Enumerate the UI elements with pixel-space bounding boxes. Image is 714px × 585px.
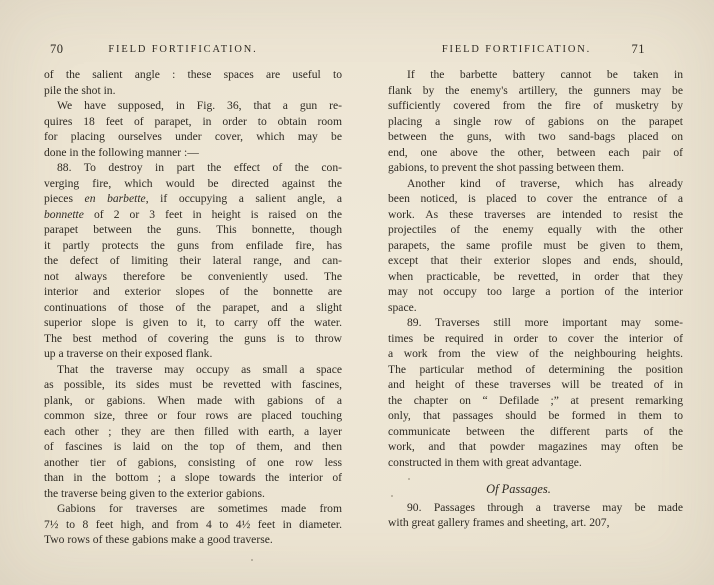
scan-speck [391,495,393,497]
text-line: plank, or gabions. When made with gabion… [44,393,342,409]
text-line: common size, three or four rows are plac… [44,408,342,424]
text-line: work, and that powder magazines may ofte… [388,439,683,455]
text-line: superior slope is given to it, to carry … [44,315,342,331]
running-title: FIELD FORTIFICATION. [108,44,257,55]
text-line: verging fire, which would be directed ag… [44,176,342,192]
text-line: continuations of those of the parapet, a… [44,300,342,316]
text-line: parapet between the guns. This bonnette,… [44,222,342,238]
text-line: not always therefore be conveniently use… [44,269,342,285]
text-line: for placing ourselves under cover, which… [44,129,342,145]
text-line: the chapter on “ Defilade ;” at present … [388,393,683,409]
page-header: 70 FIELD FORTIFICATION. [44,44,342,58]
page-number: 71 [632,42,646,57]
text-line: been noticed, is placed to cover the ent… [388,191,683,207]
scan-speck [251,559,253,561]
text-line: the traverse being given to the exterior… [44,486,342,502]
text-line: a work from the view of the neighbouring… [388,346,683,362]
text-line: the defect of limiting their lateral ran… [44,253,342,269]
text-line: 88. To destroy in part the effect of the… [44,160,342,176]
text-line: 7½ to 8 feet high, and from 4 to 4½ feet… [44,517,342,533]
text-line: times be required in order to cover the … [388,331,683,347]
text-line: quires 18 feet of parapet, in order to o… [44,114,342,130]
page-number: 70 [50,42,64,57]
text-line: Two rows of these gabions make a good tr… [44,532,342,548]
text-line: each other ; they are then filled with e… [44,424,342,440]
text-line: it partly protects the guns from enfilad… [44,238,342,254]
page-header: FIELD FORTIFICATION. 71 [388,44,683,58]
text-line: as possible, its sides must be revetted … [44,377,342,393]
text-line: sufficiently covered from the fire of mu… [388,98,683,114]
text-line: interior and exterior slopes of the bonn… [44,284,342,300]
text-line: projectiles of the enemy equally with th… [388,222,683,238]
page-right: FIELD FORTIFICATION. 71 If the barbette … [388,0,683,585]
text-line: Another kind of traverse, which has alre… [388,176,683,192]
text-line: done in the following manner :— [44,145,342,161]
text-line: 89. Traverses still more important may s… [388,315,683,331]
scan-speck [408,478,410,480]
text-line: gabions, to prevent the shot passing bet… [388,160,683,176]
text-line: end, one above the other, between each p… [388,145,683,161]
text-line: another tier of gabions, consisting of o… [44,455,342,471]
running-title: FIELD FORTIFICATION. [442,44,591,55]
text-line: except that their exterior slopes and en… [388,253,683,269]
text-line: Gabions for traverses are sometimes made… [44,501,342,517]
text-line: of the salient angle : these spaces are … [44,67,342,83]
text-line: We have supposed, in Fig. 36, that a gun… [44,98,342,114]
text-line: constructed in them with great advantage… [388,455,683,471]
text-line: work. As these traverses are intended to… [388,207,683,223]
text-line: with great gallery frames and sheeting, … [388,515,683,531]
text-line: communicate between the different parts … [388,424,683,440]
text-line: when practicable, be revetted, in order … [388,269,683,285]
text-line: placing a single row of gabions on the p… [388,114,683,130]
text-line: and height of these traverses will be tr… [388,377,683,393]
text-line: flank by the enemy's artillery, the gunn… [388,83,683,99]
text-line: pile the shot in. [44,83,342,99]
page-left: 70 FIELD FORTIFICATION. of the salient a… [44,0,342,585]
page-body: If the barbette battery cannot be taken … [388,67,683,531]
section-heading: Of Passages. [371,482,666,498]
text-line: up a traverse on their exposed flank. [44,346,342,362]
text-line: space. [388,300,683,316]
text-line: 90. Passages through a traverse may be m… [388,500,683,516]
text-line: than in the bottom ; a slope towards the… [44,470,342,486]
text-line: between the guns, with two sand-bags pla… [388,129,683,145]
page-body: of the salient angle : these spaces are … [44,67,342,548]
text-line: may not occupy too large a portion of th… [388,284,683,300]
text-line: parapets, the same profile must be given… [388,238,683,254]
text-line: The particular method of determining the… [388,362,683,378]
text-line: bonnette of 2 or 3 feet in height is rai… [44,207,342,223]
text-line: only, that passages should be formed in … [388,408,683,424]
text-line: pieces en barbette, if occupying a salie… [44,191,342,207]
text-line: That the traverse may occupy as small a … [44,362,342,378]
text-line: of fascines is laid on the top of them, … [44,439,342,455]
text-line: If the barbette battery cannot be taken … [388,67,683,83]
book-scan: { "colors": { "paper": "#ece4d2", "ink":… [0,0,714,585]
text-line: The best method of covering the guns is … [44,331,342,347]
